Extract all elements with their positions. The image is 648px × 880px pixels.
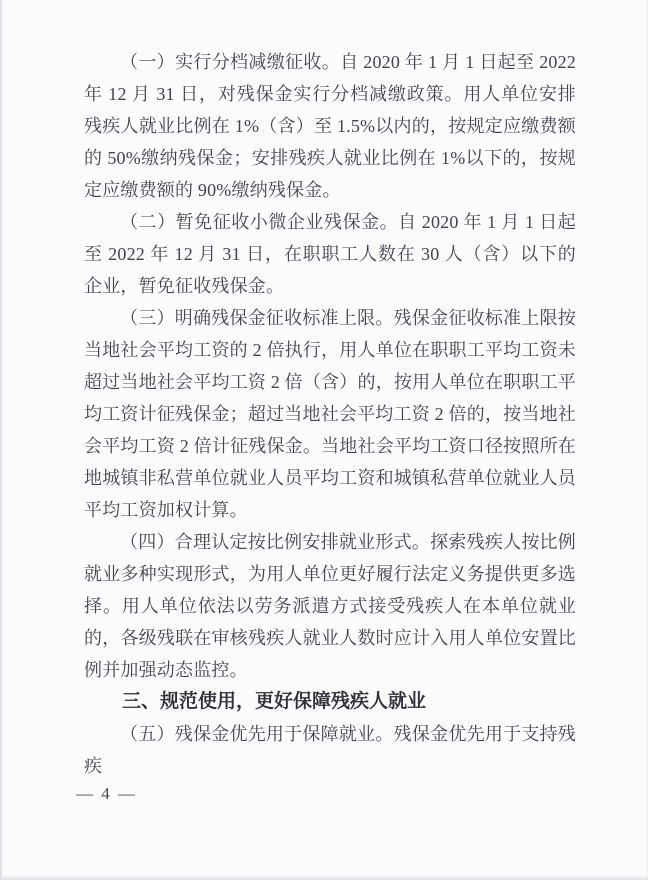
paragraph-item-1: （一）实行分档减缴征收。自 2020 年 1 月 1 日起至 2022 年 12…: [84, 46, 576, 206]
paragraph-item-2: （二）暂免征收小微企业残保金。自 2020 年 1 月 1 日起至 2022 年…: [84, 206, 576, 302]
scan-edge-left: [0, 0, 3, 880]
paragraph-item-4: （四）合理认定按比例安排就业形式。探索残疾人按比例就业多种实现形式，为用人单位更…: [84, 526, 576, 686]
document-page: （一）实行分档减缴征收。自 2020 年 1 月 1 日起至 2022 年 12…: [0, 0, 648, 880]
section-heading: 三、规范使用，更好保障残疾人就业: [84, 686, 576, 718]
scan-edge-bottom: [0, 875, 648, 880]
paragraph-item-3: （三）明确残保金征收标准上限。残保金征收标准上限按当地社会平均工资的 2 倍执行…: [84, 302, 576, 526]
document-body: （一）实行分档减缴征收。自 2020 年 1 月 1 日起至 2022 年 12…: [84, 46, 576, 782]
paragraph-item-5: （五）残保金优先用于保障就业。残保金优先用于支持残疾: [84, 718, 576, 782]
page-number: — 4 —: [76, 784, 137, 804]
